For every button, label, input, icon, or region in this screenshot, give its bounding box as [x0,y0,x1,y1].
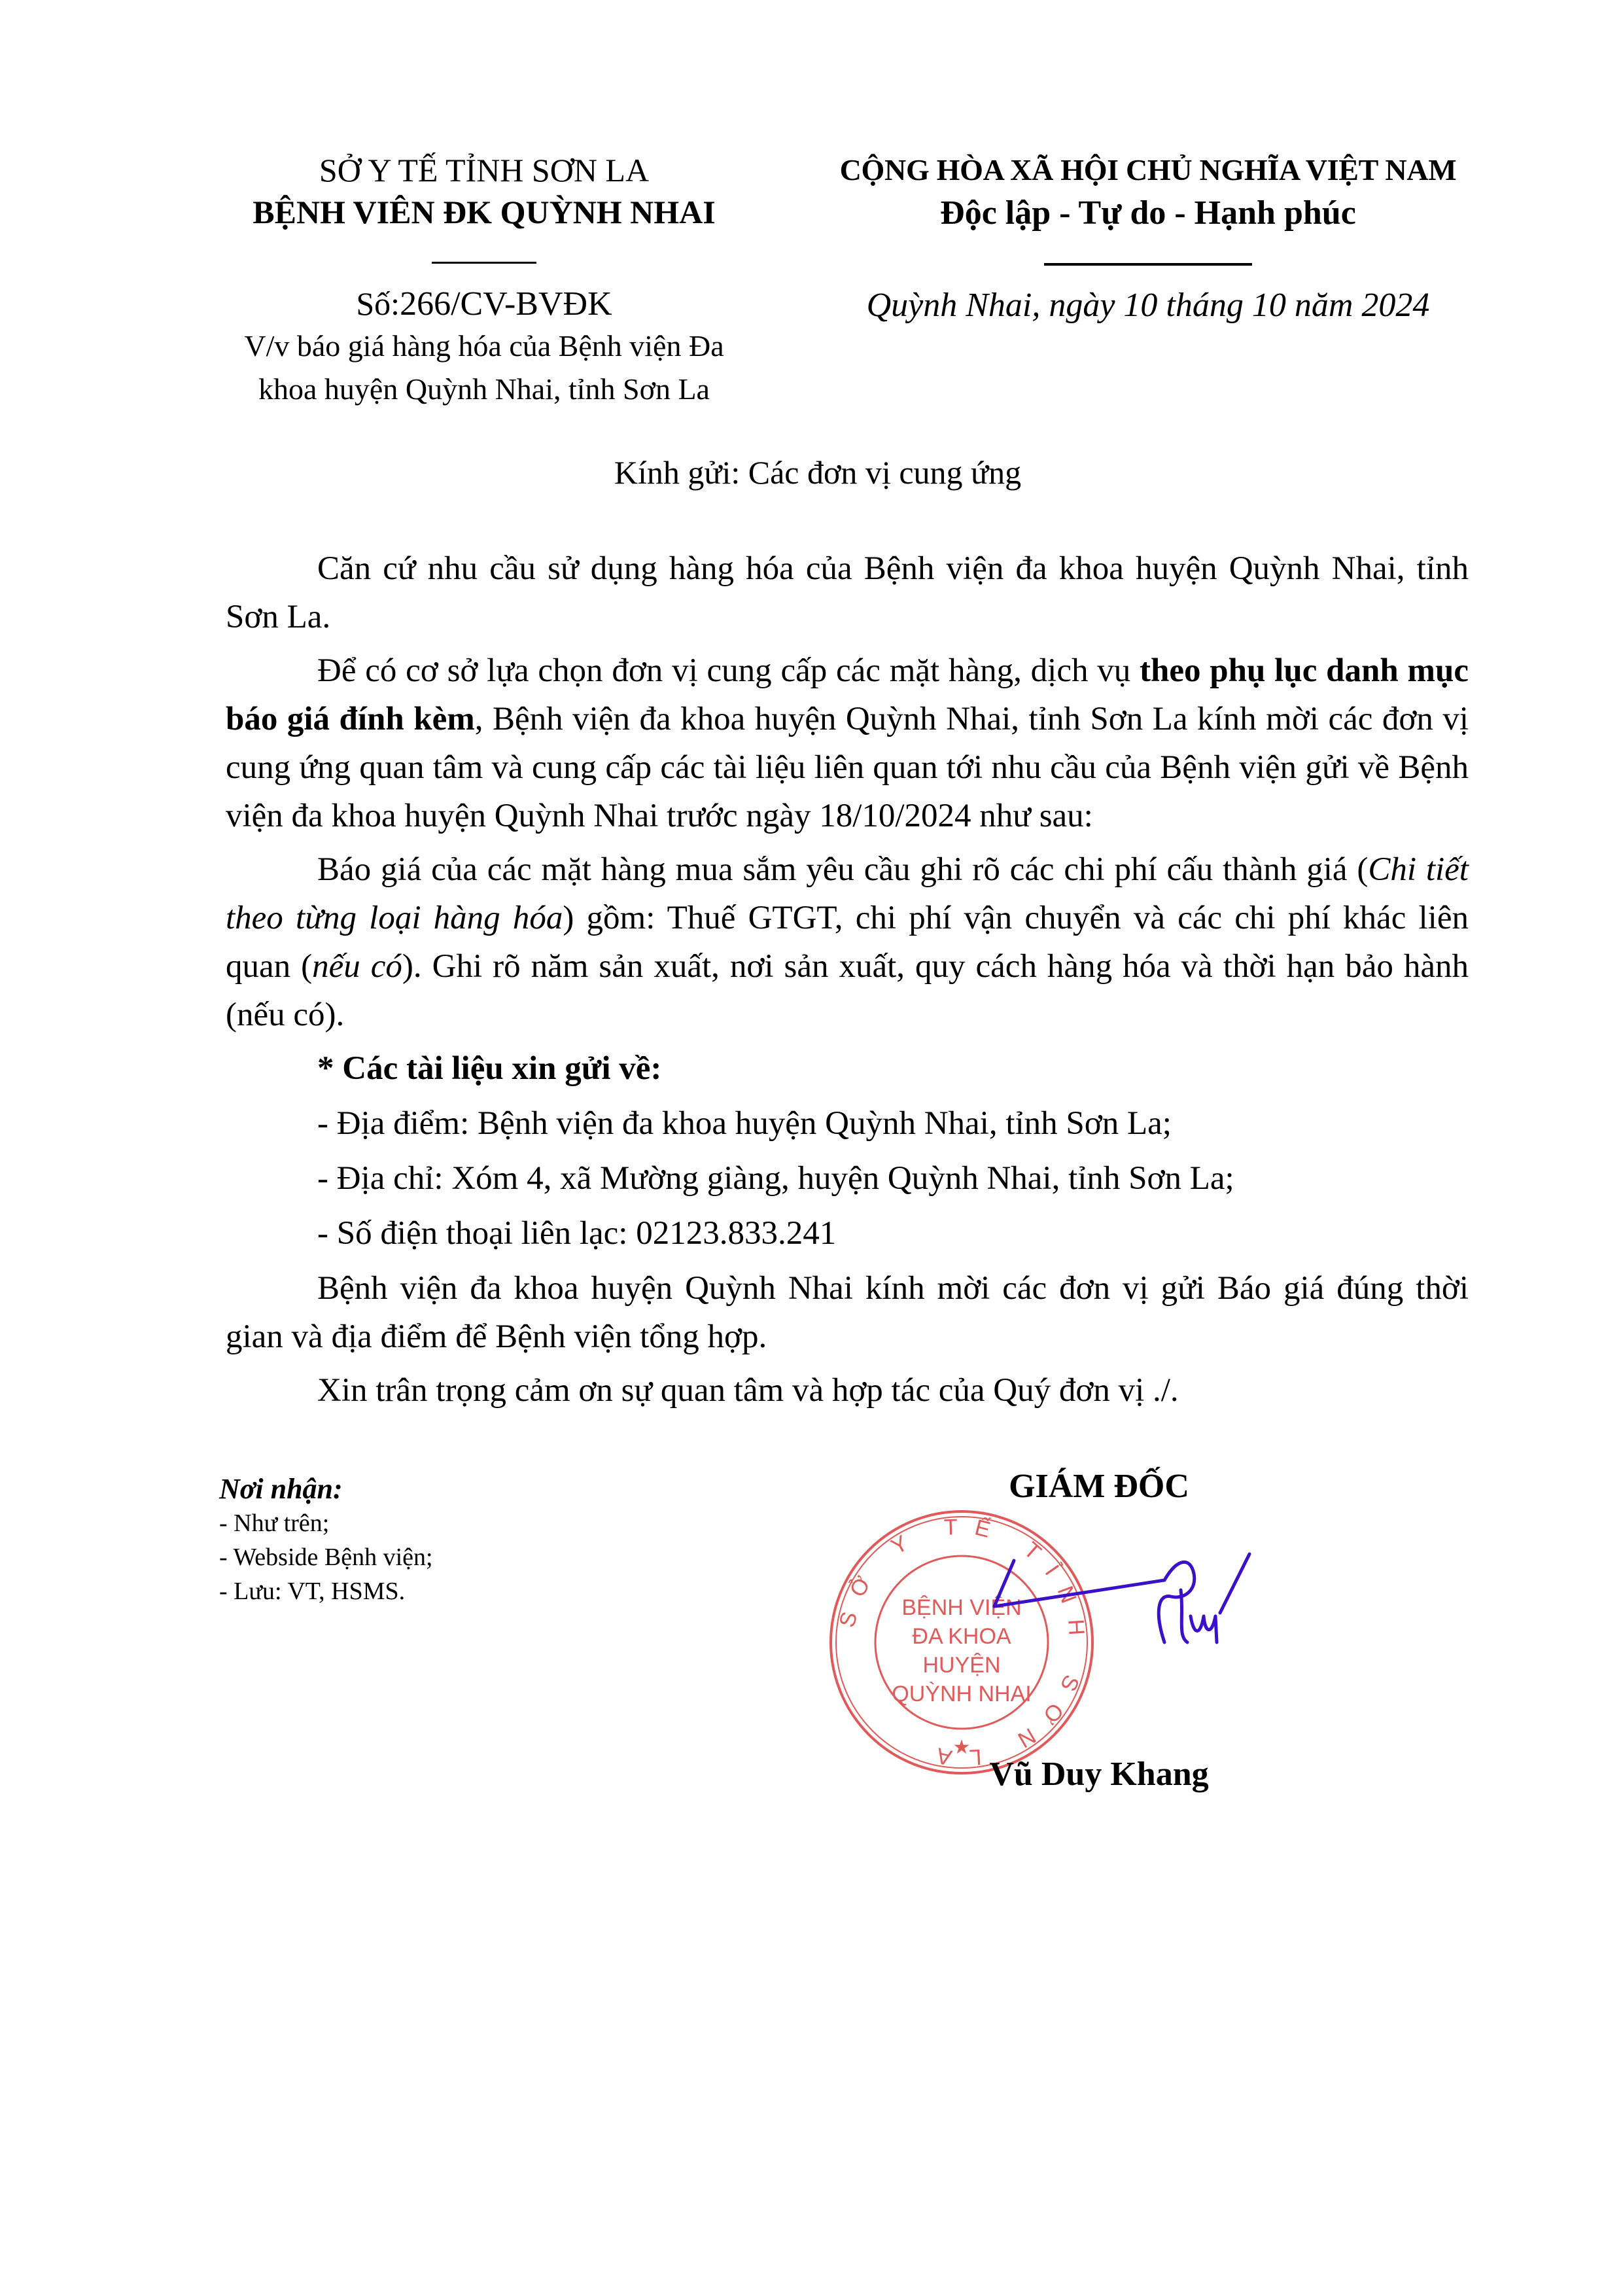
paragraph-quote-requirements: Báo giá của các mặt hàng mua sắm yêu cầu… [226,845,1469,1039]
paragraph-text: Báo giá của các mặt hàng mua sắm yêu cầu… [317,851,1368,888]
addressee: Kính gửi: Các đơn vị cung ứng [196,451,1439,493]
documents-heading-text: * Các tài liệu xin gửi về: [317,1050,661,1087]
paragraph-text: Để có cơ sở lựa chọn đơn vị cung cấp các… [317,652,1140,689]
paragraph-basis: Căn cứ nhu cầu sử dụng hàng hóa của Bệnh… [226,544,1469,641]
issuing-authority-block: SỞ Y TẾ TỈNH SƠN LA BỆNH VIÊN ĐK QUỲNH N… [196,149,772,411]
recipients-title: Nơi nhận: [219,1472,742,1506]
national-title: CỘNG HÒA XÃ HỘI CHỦ NGHĨA VIỆT NAM [772,149,1524,191]
signer-name: Vũ Duy Khang [903,1754,1295,1795]
paragraph-closing: Xin trân trọng cảm ơn sự quan tâm và hợp… [226,1366,1469,1415]
national-header-block: CỘNG HÒA XÃ HỘI CHỦ NGHĨA VIỆT NAM Độc l… [772,149,1524,327]
recipients-block: Nơi nhận: - Như trên; - Webside Bệnh việ… [219,1472,742,1608]
documents-heading: * Các tài liệu xin gửi về: [226,1044,1469,1093]
document-number-prefix: Số: [356,285,400,322]
handwritten-signature-icon [968,1551,1282,1701]
document-body: Căn cứ nhu cầu sử dụng hàng hóa của Bệnh… [226,544,1469,1420]
signer-title: GIÁM ĐỐC [903,1466,1295,1508]
header-divider-right [1044,263,1252,266]
parent-organization: SỞ Y TẾ TỈNH SƠN LA [196,149,772,191]
document-page: SỞ Y TẾ TỈNH SƠN LA BỆNH VIÊN ĐK QUỲNH N… [0,0,1623,2296]
document-date: Quỳnh Nhai, ngày 10 tháng 10 năm 2024 [772,284,1524,327]
contact-phone: - Số điện thoại liên lạc: 02123.833.241 [226,1209,1469,1258]
contact-location: - Địa điểm: Bệnh viện đa khoa huyện Quỳn… [226,1099,1469,1148]
paragraph-request: Bệnh viện đa khoa huyện Quỳnh Nhai kính … [226,1264,1469,1361]
emphasis-if-any: nếu có [312,948,402,985]
recipient-item: - Webside Bệnh viện; [219,1540,742,1574]
paragraph-text: ). Ghi rõ năm sản xuất, nơi sản xuất, qu… [226,948,1469,1033]
recipient-item: - Lưu: VT, HSMS. [219,1574,742,1608]
paragraph-invitation: Để có cơ sở lựa chọn đơn vị cung cấp các… [226,646,1469,840]
national-motto: Độc lập - Tự do - Hạnh phúc [772,191,1524,236]
document-subject-line-1: V/v báo giá hàng hóa của Bệnh viện Đa [196,325,772,368]
document-number-value: 266/CV-BVĐK [400,285,612,323]
document-subject-line-2: khoa huyện Quỳnh Nhai, tỉnh Sơn La [196,368,772,411]
document-number: Số:266/CV-BVĐK [196,283,772,325]
organization-name: BỆNH VIÊN ĐK QUỲNH NHAI [196,191,772,233]
header-divider-left [432,262,536,264]
recipient-item: - Như trên; [219,1506,742,1540]
contact-address: - Địa chỉ: Xóm 4, xã Mường giàng, huyện … [226,1154,1469,1203]
